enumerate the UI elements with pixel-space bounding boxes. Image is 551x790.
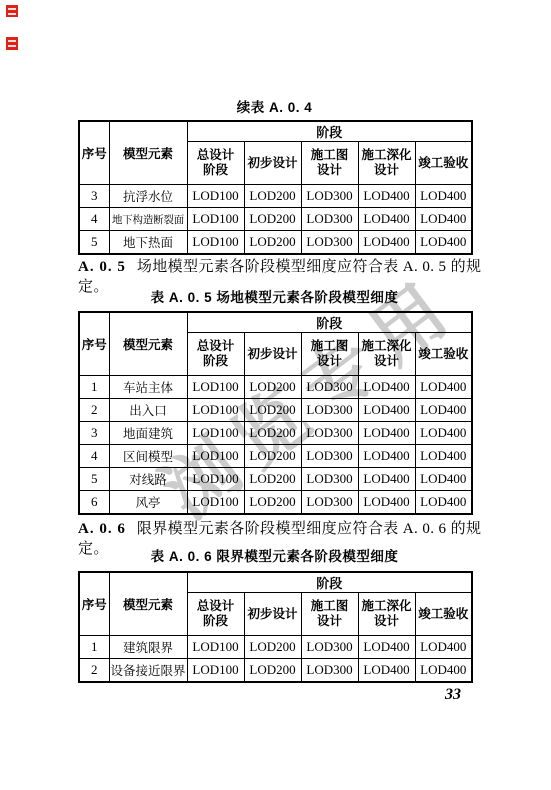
lod-value: LOD300: [301, 399, 358, 422]
lod-value: LOD100: [187, 636, 244, 659]
col-header-element: 模型元素: [109, 312, 187, 376]
lod-value: LOD400: [358, 185, 415, 208]
table-row: 1车站主体LOD100LOD200LOD300LOD400LOD400: [79, 376, 472, 399]
lod-value: LOD100: [187, 422, 244, 445]
col-header-stage-general-design: 总设计 阶段: [187, 142, 244, 185]
row-element: 地面建筑: [109, 422, 187, 445]
lod-value: LOD200: [244, 231, 301, 255]
row-seq: 2: [79, 399, 109, 422]
lod-value: LOD200: [244, 659, 301, 683]
lod-value: LOD200: [244, 468, 301, 491]
table-row: 2出入口LOD100LOD200LOD300LOD400LOD400: [79, 399, 472, 422]
col-header-stage-general-design: 总设计 阶段: [187, 333, 244, 376]
lod-value: LOD200: [244, 399, 301, 422]
row-element: 对线路: [109, 468, 187, 491]
row-seq: 5: [79, 468, 109, 491]
table-row: 2设备接近限界LOD100LOD200LOD300LOD400LOD400: [79, 659, 472, 683]
lod-value: LOD300: [301, 491, 358, 515]
lod-value: LOD100: [187, 445, 244, 468]
lod-value: LOD400: [415, 185, 472, 208]
col-header-seq: 序号: [79, 312, 109, 376]
lod-value: LOD100: [187, 399, 244, 422]
col-header-seq: 序号: [79, 572, 109, 636]
table-row: 4区间模型LOD100LOD200LOD300LOD400LOD400: [79, 445, 472, 468]
lod-value: LOD100: [187, 208, 244, 231]
lod-value: LOD200: [244, 422, 301, 445]
lod-value: LOD100: [187, 231, 244, 255]
lod-value: LOD200: [244, 491, 301, 515]
lod-value: LOD400: [415, 376, 472, 399]
lod-value: LOD300: [301, 468, 358, 491]
lod-value: LOD400: [415, 445, 472, 468]
table-caption-a06: 表 A. 0. 6 限界模型元素各阶段模型细度: [78, 549, 471, 565]
lod-value: LOD300: [301, 636, 358, 659]
table-row: 3抗浮水位LOD100LOD200LOD300LOD400LOD400: [79, 185, 472, 208]
col-header-stage-construction-deepening: 施工深化 设计: [358, 333, 415, 376]
clause-a05-number: A. 0. 5: [78, 259, 126, 275]
col-header-stage-completion-acceptance: 竣工验收: [415, 333, 472, 376]
lod-value: LOD100: [187, 659, 244, 683]
col-header-stage-preliminary-design: 初步设计: [244, 142, 301, 185]
red-seal-mark-bottom: [6, 37, 18, 50]
row-element: 出入口: [109, 399, 187, 422]
lod-value: LOD300: [301, 376, 358, 399]
lod-value: LOD100: [187, 376, 244, 399]
lod-value: LOD200: [244, 185, 301, 208]
row-seq: 5: [79, 231, 109, 255]
table-row: 4地下构造断裂面LOD100LOD200LOD300LOD400LOD400: [79, 208, 472, 231]
col-header-seq: 序号: [79, 121, 109, 185]
lod-value: LOD200: [244, 445, 301, 468]
col-header-stage-group: 阶段: [187, 572, 472, 593]
lod-value: LOD300: [301, 185, 358, 208]
table-caption-a04-continued: 续表 A. 0. 4: [78, 100, 471, 116]
lod-value: LOD200: [244, 208, 301, 231]
page-number: 33: [445, 686, 461, 704]
col-header-element: 模型元素: [109, 121, 187, 185]
lod-value: LOD400: [415, 231, 472, 255]
lod-value: LOD300: [301, 422, 358, 445]
lod-value: LOD100: [187, 468, 244, 491]
lod-value: LOD400: [358, 659, 415, 683]
row-seq: 2: [79, 659, 109, 683]
row-element: 抗浮水位: [109, 185, 187, 208]
table-row: 6风亭LOD100LOD200LOD300LOD400LOD400: [79, 491, 472, 515]
lod-value: LOD400: [415, 422, 472, 445]
red-seal-mark-top: [6, 5, 18, 17]
document-page: 浏览专用 续表 A. 0. 4 序号 模型元素 阶段 总设计 阶段 初步设计 施…: [0, 0, 551, 790]
lod-value: LOD400: [415, 659, 472, 683]
col-header-stage-construction-drawing: 施工图 设计: [301, 593, 358, 636]
col-header-stage-preliminary-design: 初步设计: [244, 593, 301, 636]
lod-value: LOD400: [415, 636, 472, 659]
row-seq: 1: [79, 636, 109, 659]
col-header-stage-preliminary-design: 初步设计: [244, 333, 301, 376]
col-header-stage-construction-deepening: 施工深化 设计: [358, 142, 415, 185]
table-row: 1建筑限界LOD100LOD200LOD300LOD400LOD400: [79, 636, 472, 659]
lod-value: LOD200: [244, 636, 301, 659]
lod-value: LOD400: [358, 445, 415, 468]
col-header-stage-construction-deepening: 施工深化 设计: [358, 593, 415, 636]
col-header-stage-construction-drawing: 施工图 设计: [301, 333, 358, 376]
lod-value: LOD400: [358, 231, 415, 255]
col-header-element: 模型元素: [109, 572, 187, 636]
table-row: 5地下热面LOD100LOD200LOD300LOD400LOD400: [79, 231, 472, 255]
lod-value: LOD200: [244, 376, 301, 399]
lod-value: LOD100: [187, 185, 244, 208]
col-header-stage-construction-drawing: 施工图 设计: [301, 142, 358, 185]
lod-table-a04-continued: 序号 模型元素 阶段 总设计 阶段 初步设计 施工图 设计 施工深化 设计 竣工…: [78, 120, 473, 255]
col-header-stage-general-design: 总设计 阶段: [187, 593, 244, 636]
clause-a06-number: A. 0. 6: [78, 521, 126, 537]
col-header-stage-completion-acceptance: 竣工验收: [415, 142, 472, 185]
lod-value: LOD300: [301, 445, 358, 468]
lod-value: LOD300: [301, 231, 358, 255]
row-seq: 1: [79, 376, 109, 399]
lod-value: LOD400: [358, 491, 415, 515]
table-caption-a05: 表 A. 0. 5 场地模型元素各阶段模型细度: [78, 290, 471, 306]
row-element: 风亭: [109, 491, 187, 515]
row-element: 建筑限界: [109, 636, 187, 659]
row-seq: 3: [79, 422, 109, 445]
lod-value: LOD400: [358, 376, 415, 399]
row-seq: 6: [79, 491, 109, 515]
lod-table-a06: 序号 模型元素 阶段 总设计 阶段 初步设计 施工图 设计 施工深化 设计 竣工…: [78, 571, 473, 683]
lod-value: LOD400: [358, 636, 415, 659]
lod-value: LOD400: [358, 208, 415, 231]
row-element: 地下热面: [109, 231, 187, 255]
lod-value: LOD400: [415, 468, 472, 491]
row-element: 车站主体: [109, 376, 187, 399]
col-header-stage-completion-acceptance: 竣工验收: [415, 593, 472, 636]
col-header-stage-group: 阶段: [187, 312, 472, 333]
table-row: 5对线路LOD100LOD200LOD300LOD400LOD400: [79, 468, 472, 491]
lod-value: LOD400: [358, 422, 415, 445]
row-seq: 3: [79, 185, 109, 208]
lod-value: LOD100: [187, 491, 244, 515]
row-seq: 4: [79, 445, 109, 468]
lod-value: LOD400: [358, 468, 415, 491]
lod-value: LOD400: [415, 399, 472, 422]
row-element: 区间模型: [109, 445, 187, 468]
lod-value: LOD300: [301, 208, 358, 231]
lod-table-a05: 序号 模型元素 阶段 总设计 阶段 初步设计 施工图 设计 施工深化 设计 竣工…: [78, 311, 473, 515]
row-element: 地下构造断裂面: [109, 208, 187, 231]
table-row: 3地面建筑LOD100LOD200LOD300LOD400LOD400: [79, 422, 472, 445]
lod-value: LOD400: [358, 399, 415, 422]
lod-value: LOD300: [301, 659, 358, 683]
lod-value: LOD400: [415, 208, 472, 231]
row-seq: 4: [79, 208, 109, 231]
row-element: 设备接近限界: [109, 659, 187, 683]
lod-value: LOD400: [415, 491, 472, 515]
col-header-stage-group: 阶段: [187, 121, 472, 142]
